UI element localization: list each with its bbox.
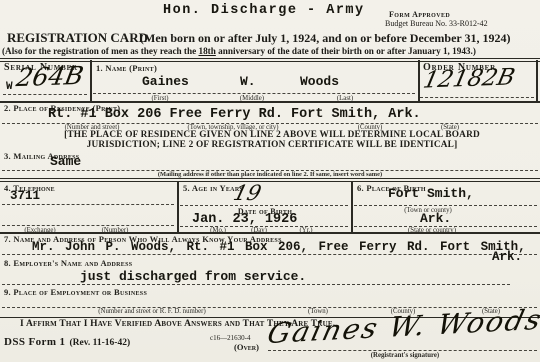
serial-number-value: 264B xyxy=(14,61,86,92)
contact-line xyxy=(2,254,537,255)
residence-value: Rt. #1 Box 206 Free Ferry Rd. Fort Smith… xyxy=(48,107,421,122)
serial-number-prefix: W xyxy=(6,81,13,93)
card-title: REGISTRATION CARD xyxy=(7,30,148,46)
name-order-divider xyxy=(418,60,420,101)
telephone-line1 xyxy=(2,204,174,205)
card-title-eligibility: (Men born on or after July 1, 1924, and … xyxy=(140,31,511,46)
order-number-value: 12182B xyxy=(421,64,517,93)
mailing-sub: (Mailing address if other than place ind… xyxy=(158,171,382,178)
birth-sub-state: (State or country) xyxy=(408,227,456,234)
name-label: 1. Name (Print) xyxy=(96,63,157,73)
local-board-note-line1: [THE PLACE OF RESIDENCE GIVEN ON LINE 2 … xyxy=(64,130,480,140)
form-revision: (Rev. 11-16-42) xyxy=(69,338,130,348)
registrant-signature: Gaines W. Woods xyxy=(264,303,540,350)
employer-value: just discharged from service. xyxy=(80,269,306,284)
name-first-value: Gaines xyxy=(142,74,189,89)
name-middle-value: W. xyxy=(240,74,256,89)
name-last-value: Woods xyxy=(300,74,339,89)
employment-label: 9. Place of Employment or Business xyxy=(4,287,147,297)
print-code: c16—21630-4 xyxy=(210,334,250,342)
telephone-sub-exchange: (Exchange) xyxy=(24,227,55,234)
signature-sub-label: (Registrant's signature) xyxy=(371,352,439,359)
age-birth-divider xyxy=(351,181,353,232)
name-sub-middle: (Middle) xyxy=(240,95,264,102)
subtitle-pre: (Also for the registration of men as the… xyxy=(2,46,198,56)
serial-name-divider xyxy=(90,60,92,101)
mailing-bottom-rule xyxy=(0,178,540,182)
telephone-value: 3711 xyxy=(10,189,40,203)
employment-sub-street: (Number and street or R. F. D. number) xyxy=(98,308,205,315)
order-number-line xyxy=(420,97,534,98)
employer-label: 8. Employer's Name and Address xyxy=(4,258,132,268)
form-number: DSS Form 1 xyxy=(4,336,65,348)
name-sub-last: (Last) xyxy=(337,95,353,102)
subtitle-post: anniversary of the date of their birth o… xyxy=(216,46,476,56)
mailing-value: Same xyxy=(50,154,81,169)
discharge-stamp: Hon. Discharge - Army xyxy=(163,3,365,18)
budget-bureau-number: Budget Bureau No. 33-R012-42 xyxy=(385,19,488,28)
dob-sub-month: (Mo.) xyxy=(210,227,226,234)
birth-state-value: Ark. xyxy=(420,211,451,226)
name-sub-first: (First) xyxy=(152,95,169,102)
telephone-sub-number: (Number) xyxy=(102,227,129,234)
employer-line xyxy=(2,284,510,285)
order-right-border xyxy=(536,60,538,101)
registration-card-document: Hon. Discharge - Army Form Approved Budg… xyxy=(0,0,540,362)
subtitle-18th: 18th xyxy=(198,46,215,56)
birth-town-value: Fort Smith, xyxy=(388,186,474,201)
dob-value: Jan. 23, 1926 xyxy=(192,212,297,227)
dob-sub-year: (Yr.) xyxy=(299,227,312,234)
contact-value: Mr. John P. Woods, Rt. #1 Box 206, Free … xyxy=(32,240,526,254)
age-value: 19 xyxy=(231,181,264,205)
contact-value-overflow: Ark. xyxy=(492,250,522,264)
serial-number-line xyxy=(3,94,87,95)
dob-sub-day: (Day) xyxy=(251,227,267,234)
local-board-note-line2: JURISDICTION; LINE 2 OF REGISTRATION CER… xyxy=(87,140,458,150)
card-subtitle: (Also for the registration of men as the… xyxy=(2,46,476,56)
telephone-age-divider xyxy=(177,181,179,232)
over-label: (Over) xyxy=(234,342,259,352)
form-identifier: DSS Form 1 (Rev. 11-16-42) xyxy=(4,332,130,350)
